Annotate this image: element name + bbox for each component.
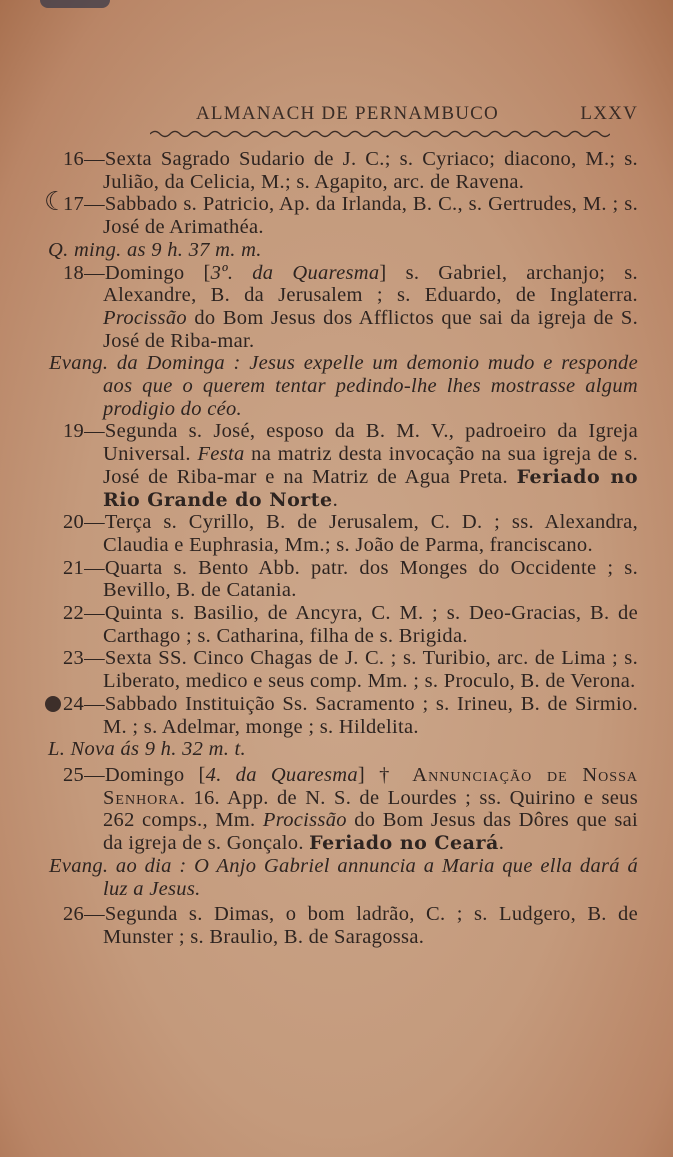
day-label: 18—Domingo xyxy=(63,262,184,284)
day-label: 23—Sexta xyxy=(63,647,152,669)
day-label: 24—Sabbado xyxy=(63,693,178,715)
day-label: 19—Segunda xyxy=(63,420,178,442)
cross-icon: † xyxy=(365,764,412,786)
feast-label: Festa xyxy=(197,443,244,465)
entry-25: 25—Domingo [4. da Quaresma] † Annunciaçã… xyxy=(0,764,638,855)
entry-text: s. Patricio, Ap. da Irlanda, B. C., s. G… xyxy=(103,193,638,238)
gospel-note-2: Evang. ao dia : O Anjo Gabriel annuncia … xyxy=(0,855,638,900)
liturgical-week: 3º. da Quaresma xyxy=(211,262,380,284)
entry-17: ☾17—Sabbado s. Patricio, Ap. da Irlanda,… xyxy=(0,193,638,238)
bracket: [ xyxy=(184,262,210,284)
holiday-notice: Feriado no Ceará xyxy=(309,832,499,854)
entry-19: 19—Segunda s. José, esposo da B. M. V., … xyxy=(0,420,638,511)
entry-text: Instituição Ss. Sacramento ; s. Irineu, … xyxy=(103,693,638,738)
day-label: 25—Domingo xyxy=(63,764,184,786)
calendar-body: 16—Sexta Sagrado Sudario de J. C.; s. Cy… xyxy=(0,148,673,949)
day-label: 20—Terça xyxy=(63,511,152,533)
entry-20: 20—Terça s. Cyrillo, B. de Jerusalem, C.… xyxy=(0,511,638,556)
moon-phase-new: L. Nova ás 9 h. 32 m. t. xyxy=(0,738,673,761)
entry-21: 21—Quarta s. Bento Abb. patr. dos Monges… xyxy=(0,557,638,602)
wavy-rule-divider xyxy=(150,129,610,139)
crescent-moon-icon: ☾ xyxy=(44,191,68,214)
period: . xyxy=(499,832,504,854)
ink-stain xyxy=(40,0,110,8)
page-header: ALMANACH DE PERNAMBUCO LXXV xyxy=(196,103,638,125)
entry-16: 16—Sexta Sagrado Sudario de J. C.; s. Cy… xyxy=(0,148,638,193)
running-title: ALMANACH DE PERNAMBUCO xyxy=(196,103,499,125)
procession-label: Procissão xyxy=(103,307,187,329)
liturgical-week: 4. da Quaresma xyxy=(206,764,358,786)
entry-18: 18—Domingo [3º. da Quaresma] s. Gabriel,… xyxy=(0,262,638,353)
entry-24: 24—Sabbado Instituição Ss. Sacramento ; … xyxy=(0,693,638,738)
day-label: 17—Sabbado xyxy=(63,193,178,215)
bracket: ] xyxy=(358,764,365,786)
entry-22: 22—Quinta s. Basilio, de Ancyra, C. M. ;… xyxy=(0,602,638,647)
moon-phase-quarter: Q. ming. as 9 h. 37 m. m. xyxy=(0,239,673,262)
entry-text: SS. Cinco Chagas de J. C. ; s. Turibio, … xyxy=(103,647,638,692)
gospel-label: Evang. ao dia : xyxy=(49,855,186,877)
bracket: ] xyxy=(379,262,386,284)
entry-text: s. Bento Abb. patr. dos Monges do Occide… xyxy=(103,557,638,602)
new-moon-icon xyxy=(45,696,61,712)
day-label: 21—Quarta xyxy=(63,557,162,579)
almanac-page: ALMANACH DE PERNAMBUCO LXXV 16—Sexta Sag… xyxy=(0,0,673,1157)
entry-text: s. Dimas, o bom ladrão, C. ; s. Ludgero,… xyxy=(103,903,638,948)
gospel-note-1: Evang. da Dominga : Jesus expelle um dem… xyxy=(0,352,638,420)
day-label: 16—Sexta xyxy=(63,148,152,170)
entry-26: 26—Segunda s. Dimas, o bom ladrão, C. ; … xyxy=(0,903,638,948)
bracket: [ xyxy=(184,764,205,786)
gospel-label: Evang. da Dominga : xyxy=(49,352,241,374)
entry-text: Sagrado Sudario de J. C.; s. Cyriaco; di… xyxy=(103,148,638,193)
entry-23: 23—Sexta SS. Cinco Chagas de J. C. ; s. … xyxy=(0,647,638,692)
page-number: LXXV xyxy=(580,103,638,125)
day-label: 26—Segunda xyxy=(63,903,178,925)
period: . xyxy=(333,489,338,511)
entry-text: s. Cyrillo, B. de Jerusalem, C. D. ; ss.… xyxy=(103,511,638,556)
entry-text: s. Basilio, de Ancyra, C. M. ; s. Deo-Gr… xyxy=(103,602,638,647)
procession-label: Procissão xyxy=(263,809,347,831)
day-label: 22—Quinta xyxy=(63,602,163,624)
